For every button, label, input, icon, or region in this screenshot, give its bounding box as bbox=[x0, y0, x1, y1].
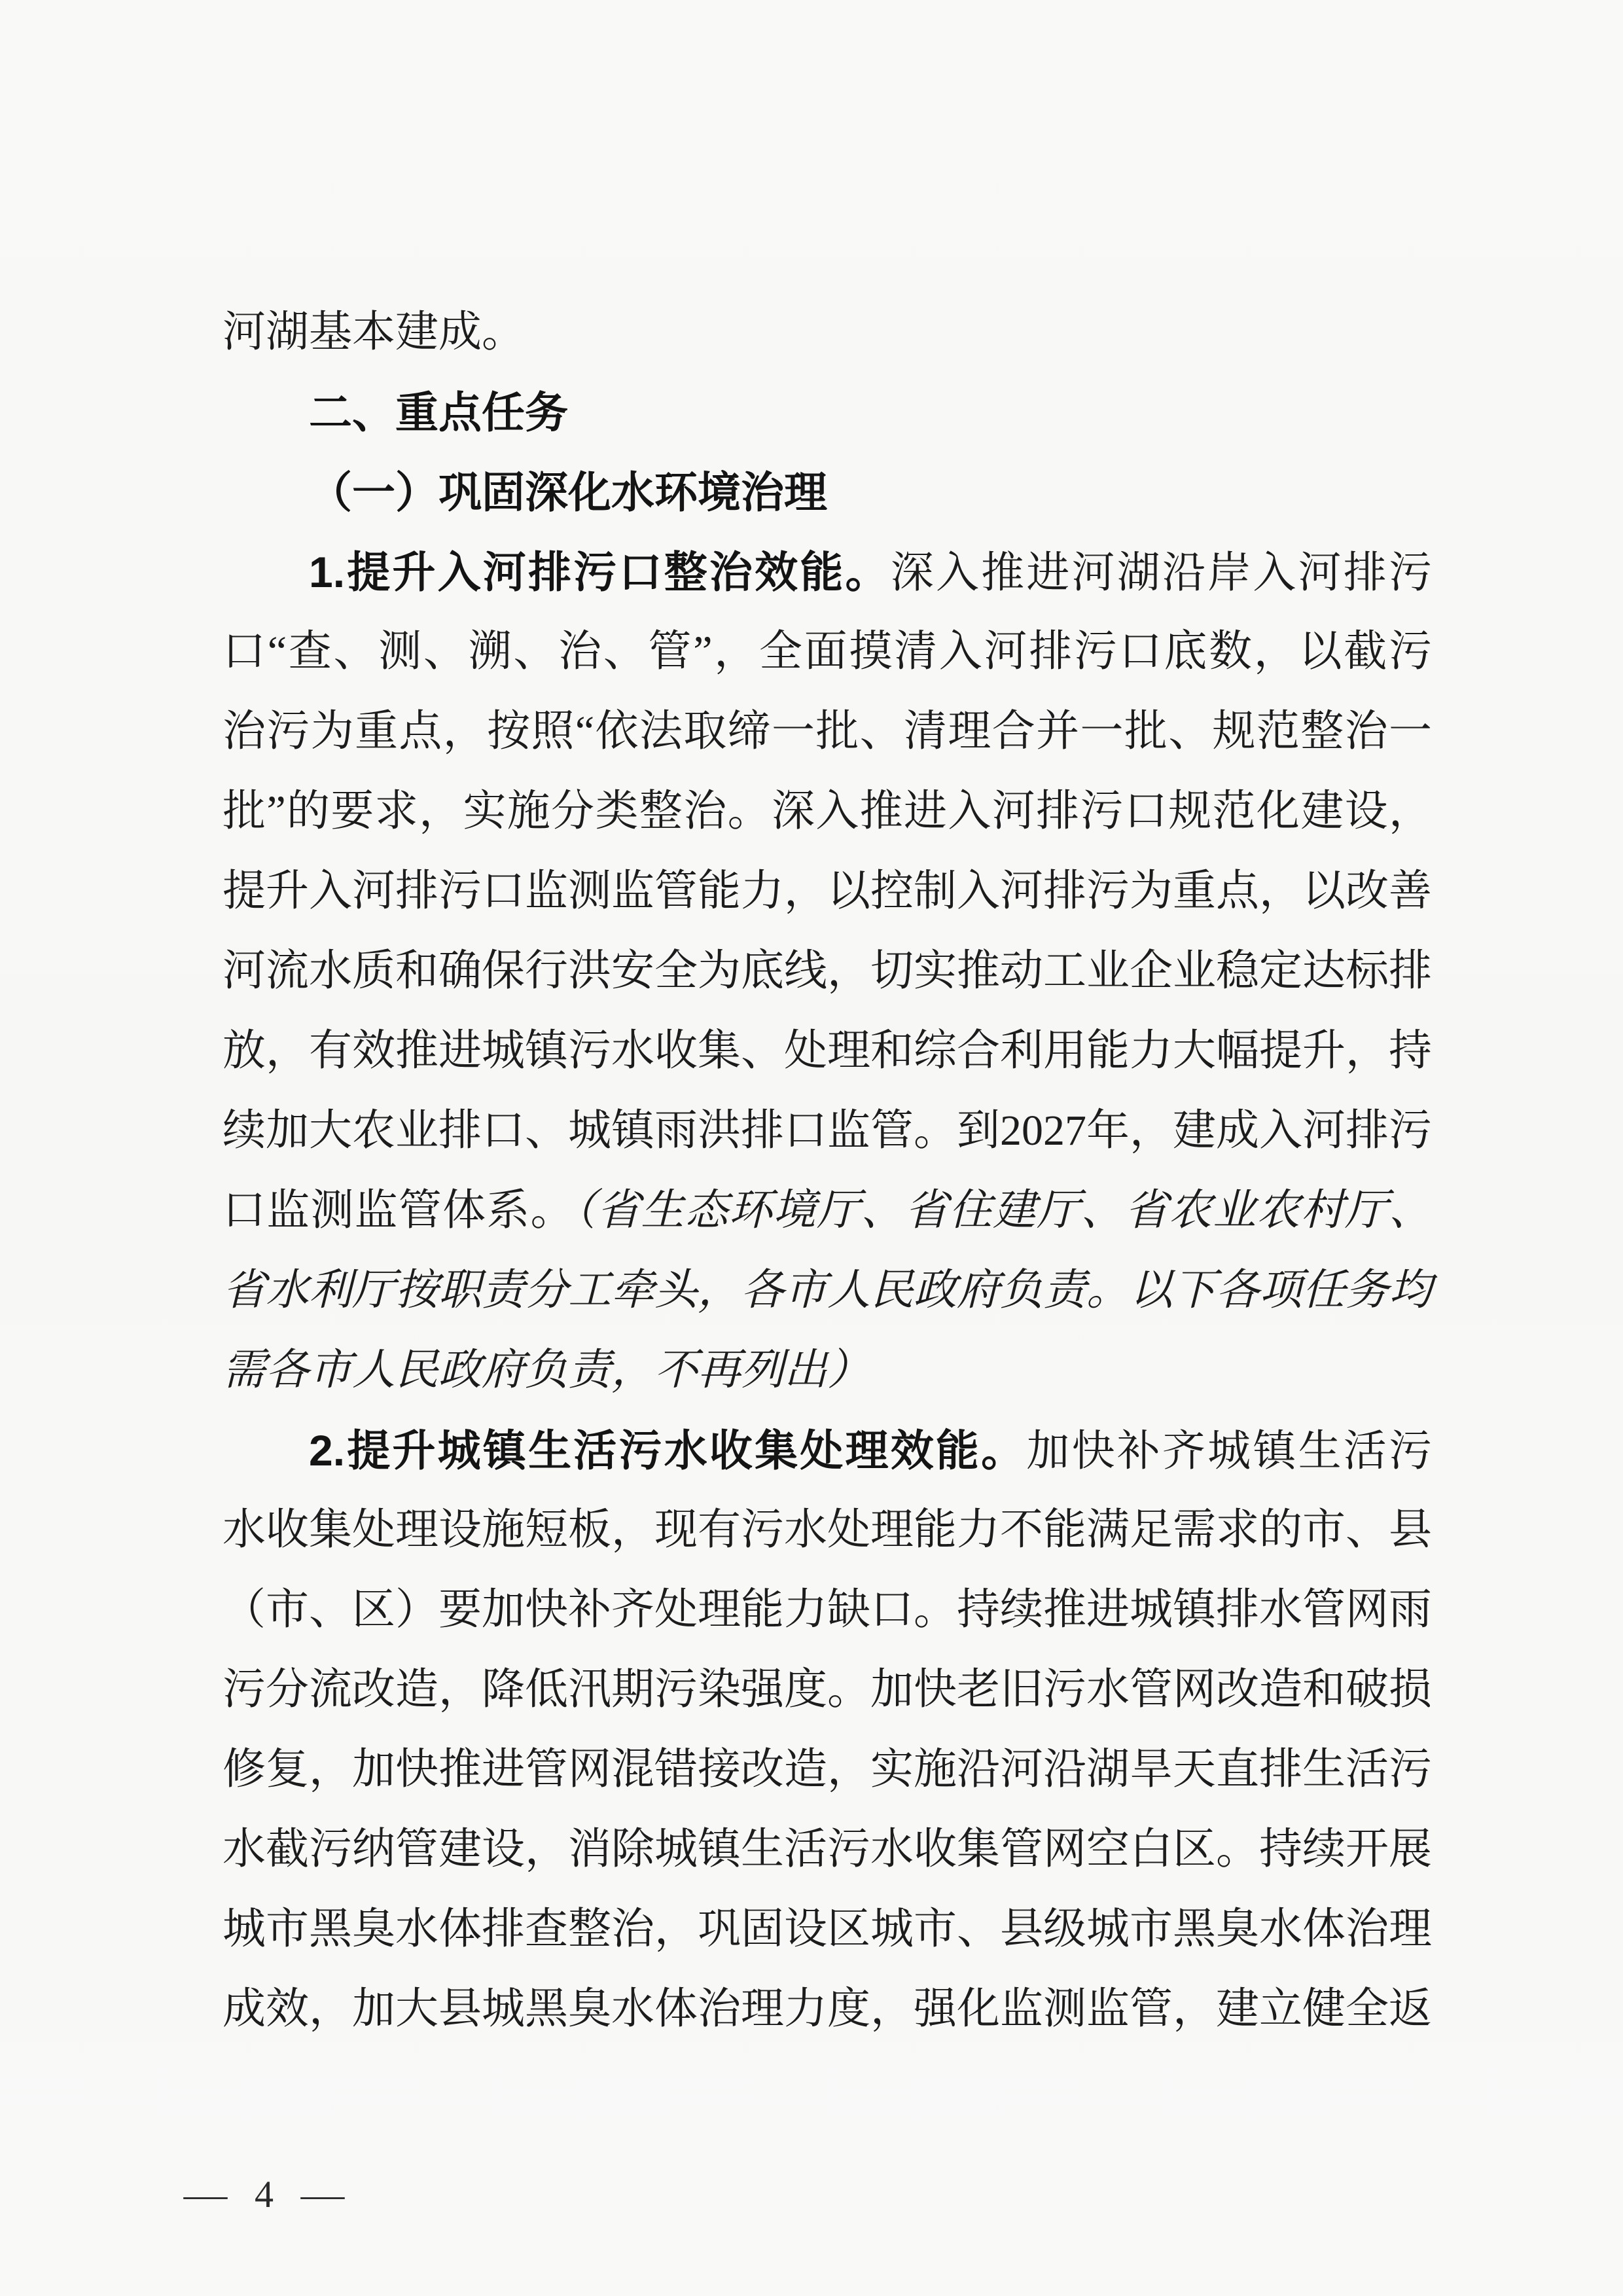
body-text: 加快补齐城镇生活污 bbox=[1026, 1427, 1432, 1475]
body-text: 治污为重点，按照“依法取缔一批、清理合并一批、规范整治一 bbox=[223, 708, 1432, 755]
body-text: 河湖基本建成。 bbox=[223, 308, 525, 356]
text-line: 提升入河排污口监测监管能力，以控制入河排污为重点，以改善 bbox=[223, 852, 1432, 931]
text-line: 河湖基本建成。 bbox=[223, 293, 1432, 372]
body-text: 城市黑臭水体排查整治，巩固设区城市、县级城市黑臭水体治理 bbox=[223, 1905, 1432, 1953]
text-line: 省水利厅按职责分工牵头，各市人民政府负责。以下各项任务均 bbox=[223, 1251, 1432, 1331]
text-block: 河湖基本建成。二、重点任务（一）巩固深化水环境治理1.提升入河排污口整治效能。深… bbox=[223, 293, 1432, 2049]
body-text: （市、区）要加快补齐处理能力缺口。持续推进城镇排水管网雨 bbox=[223, 1586, 1432, 1634]
text-line: 修复，加快推进管网混错接改造，实施沿河沿湖旱天直排生活污 bbox=[223, 1730, 1432, 1810]
text-line: 河流水质和确保行洪安全为底线，切实推动工业企业稳定达标排 bbox=[223, 931, 1432, 1011]
text-line: 成效，加大县城黑臭水体治理力度，强化监测监管，建立健全返 bbox=[223, 1969, 1432, 2049]
body-text: 批”的要求，实施分类整治。深入推进入河排污口规范化建设， bbox=[223, 787, 1432, 835]
body-text: 深入推进河湖沿岸入河排污 bbox=[891, 549, 1432, 597]
text-line: 水截污纳管建设，消除城镇生活污水收集管网空白区。持续开展 bbox=[223, 1810, 1432, 1890]
bold-lead: 1.提升入河排污口整治效能。 bbox=[309, 548, 891, 596]
responsibility-note: （省生态环境厅、省住建厅、省农业农村厅、 bbox=[575, 1187, 1432, 1234]
body-text: 污分流改造，降低汛期污染强度。加快老旧污水管网改造和破损 bbox=[223, 1666, 1432, 1713]
heading-text: （一）巩固深化水环境治理 bbox=[309, 468, 827, 516]
text-line: 水收集处理设施短板，现有污水处理能力不能满足需求的市、县 bbox=[223, 1490, 1432, 1570]
footer-dash-right: — bbox=[301, 2172, 345, 2217]
responsibility-note: 省水利厅按职责分工牵头，各市人民政府负责。以下各项任务均 bbox=[223, 1266, 1432, 1314]
text-line: 二、重点任务 bbox=[223, 372, 1432, 452]
text-line: 口“查、测、溯、治、管”，全面摸清入河排污口底数，以截污 bbox=[223, 612, 1432, 692]
text-line: 批”的要求，实施分类整治。深入推进入河排污口规范化建设， bbox=[223, 772, 1432, 852]
text-line: 需各市人民政府负责，不再列出） bbox=[223, 1331, 1432, 1410]
body-text: 口“查、测、溯、治、管”，全面摸清入河排污口底数，以截污 bbox=[223, 628, 1432, 675]
body-text: 水截污纳管建设，消除城镇生活污水收集管网空白区。持续开展 bbox=[223, 1825, 1432, 1873]
body-text: 水收集处理设施短板，现有污水处理能力不能满足需求的市、县 bbox=[223, 1506, 1432, 1554]
text-line: 续加大农业排口、城镇雨洪排口监管。到2027年，建成入河排污 bbox=[223, 1091, 1432, 1171]
body-text: 提升入河排污口监测监管能力，以控制入河排污为重点，以改善 bbox=[223, 867, 1432, 915]
footer-dash-left: — bbox=[184, 2172, 228, 2217]
body-text: 放，有效推进城镇污水收集、处理和综合利用能力大幅提升，持 bbox=[223, 1027, 1432, 1075]
text-line: 污分流改造，降低汛期污染强度。加快老旧污水管网改造和破损 bbox=[223, 1650, 1432, 1730]
responsibility-note: 需各市人民政府负责，不再列出） bbox=[223, 1346, 870, 1394]
text-line: 放，有效推进城镇污水收集、处理和综合利用能力大幅提升，持 bbox=[223, 1011, 1432, 1091]
body-text: 修复，加快推进管网混错接改造，实施沿河沿湖旱天直排生活污 bbox=[223, 1746, 1432, 1793]
text-line: 治污为重点，按照“依法取缔一批、清理合并一批、规范整治一 bbox=[223, 692, 1432, 772]
document-page: 河湖基本建成。二、重点任务（一）巩固深化水环境治理1.提升入河排污口整治效能。深… bbox=[0, 0, 1623, 2296]
body-text: 成效，加大县城黑臭水体治理力度，强化监测监管，建立健全返 bbox=[223, 1985, 1432, 2033]
page-number: 4 bbox=[255, 2172, 274, 2217]
body-text: 续加大农业排口、城镇雨洪排口监管。到2027年，建成入河排污 bbox=[223, 1107, 1432, 1155]
body-text: 河流水质和确保行洪安全为底线，切实推动工业企业稳定达标排 bbox=[223, 947, 1432, 995]
text-line: 1.提升入河排污口整治效能。深入推进河湖沿岸入河排污 bbox=[223, 532, 1432, 612]
page-footer: — 4 — bbox=[187, 2172, 342, 2217]
text-line: 2.提升城镇生活污水收集处理效能。加快补齐城镇生活污 bbox=[223, 1410, 1432, 1490]
text-line: （市、区）要加快补齐处理能力缺口。持续推进城镇排水管网雨 bbox=[223, 1570, 1432, 1650]
body-text: 口监测监管体系。 bbox=[223, 1187, 575, 1234]
text-line: 口监测监管体系。（省生态环境厅、省住建厅、省农业农村厅、 bbox=[223, 1171, 1432, 1251]
text-line: 城市黑臭水体排查整治，巩固设区城市、县级城市黑臭水体治理 bbox=[223, 1890, 1432, 1969]
bold-lead: 2.提升城镇生活污水收集处理效能。 bbox=[309, 1426, 1026, 1475]
text-line: （一）巩固深化水环境治理 bbox=[223, 452, 1432, 532]
heading-text: 二、重点任务 bbox=[309, 388, 568, 437]
